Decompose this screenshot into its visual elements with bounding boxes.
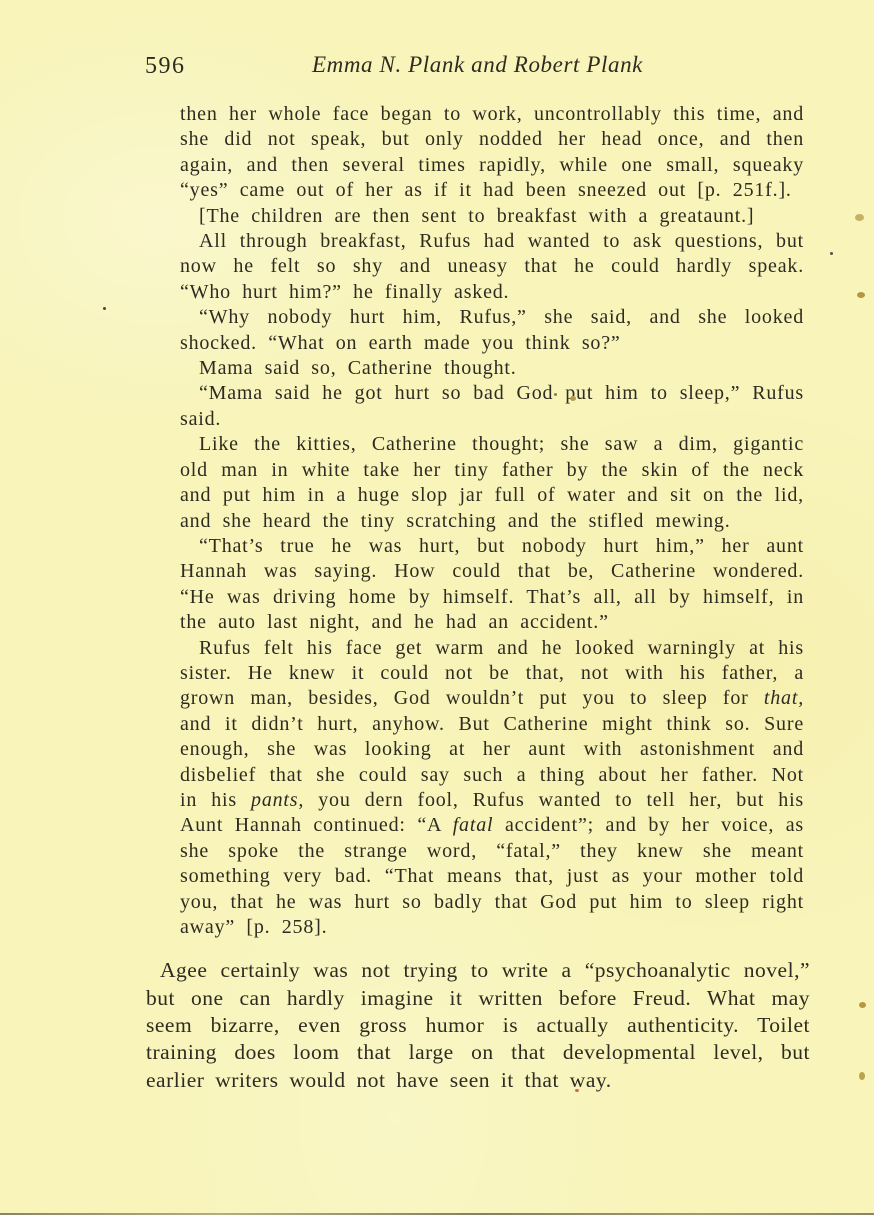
paper-speck [830,252,833,255]
paragraph: “That’s true he was hurt, but nobody hur… [180,534,804,636]
paragraph: Mama said so, Catherine thought. [180,356,804,381]
text-run: then her whole face began to work, uncon… [180,103,804,201]
paragraph: [The children are then sent to breakfast… [180,204,804,229]
paper-speck [575,1089,579,1092]
paragraph: Agee certainly was not trying to write a… [146,957,810,1093]
page-number: 596 [145,53,186,80]
paragraph: “Why nobody hurt him, Rufus,” she said, … [180,305,804,356]
paper-speck [859,1002,866,1008]
text-run: Mama said so, Catherine thought. [199,357,517,379]
italic-text-run: pants, [251,789,304,811]
paper-speck [857,292,865,298]
paper-speck [554,393,557,396]
italic-text-run: that, [764,687,804,709]
running-title: Emma N. Plank and Robert Plank [312,51,643,78]
text-run: [The children are then sent to breakfast… [199,205,754,227]
paragraph: then her whole face began to work, uncon… [180,102,804,204]
commentary-text: Agee certainly was not trying to write a… [146,957,810,1093]
text-run: “That’s true he was hurt, but nobody hur… [180,535,804,633]
paper-speck [103,307,106,310]
text-run: Rufus felt his face get warm and he look… [180,637,804,710]
paragraph: Rufus felt his face get warm and he look… [180,636,804,941]
paragraph: “Mama said he got hurt so bad God put hi… [180,381,804,432]
paper-speck [855,214,864,221]
paper-speck [859,1072,865,1080]
paragraph: Like the kitties, Catherine thought; she… [180,432,804,534]
block-quote: then her whole face began to work, uncon… [180,102,804,940]
text-run: “Mama said he got hurt so bad God put hi… [180,382,804,429]
text-run: Agee certainly was not trying to write a… [146,958,810,1091]
text-run: “Why nobody hurt him, Rufus,” she said, … [180,306,804,353]
paragraph: All through breakfast, Rufus had wanted … [180,229,804,305]
paper-speck [570,396,576,401]
running-header: 596 Emma N. Plank and Robert Plank [145,51,810,81]
book-page: 596 Emma N. Plank and Robert Plank then … [0,0,874,1215]
text-run: All through breakfast, Rufus had wanted … [180,230,804,303]
text-run: Like the kitties, Catherine thought; she… [180,433,804,531]
italic-text-run: fatal [453,814,494,836]
